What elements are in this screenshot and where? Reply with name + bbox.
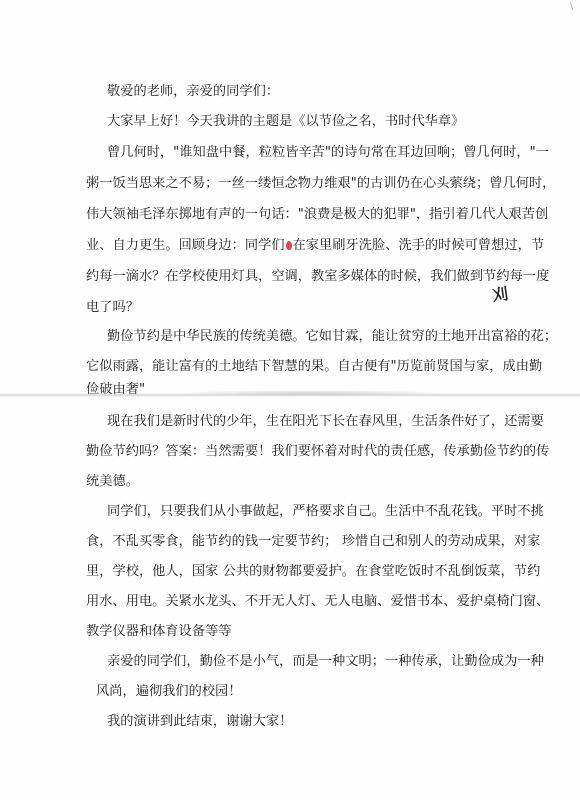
scanned-page: 敬爱的老师，亲爱的同学们： 大家早上好！今天我讲的主题是《以节俭之名，书时代华章… xyxy=(0,0,580,800)
salutation: 敬爱的老师，亲爱的同学们： xyxy=(107,80,279,99)
paragraph-1-line-2: 粥一饭当思来之不易；一丝一缕恒念物力维艰"的古训仍在心头萦绕；曾几何时， xyxy=(86,172,555,191)
scan-artifact xyxy=(570,2,574,10)
paragraph-5-line-1: 亲爱的同学们，勤俭不是小气，而是一种文明；一种传承，让勤俭成为一种 xyxy=(107,650,544,669)
paragraph-2-line-2: 它似雨露，能让富有的土地结下智慧的果。自古便有"历览前贤国与家，成由勤 xyxy=(86,355,542,374)
paragraph-5-line-2: 风尚，遍彻我们的校园！ xyxy=(96,680,242,699)
greeting-title: 大家早上好！今天我讲的主题是《以节俭之名，书时代华章》 xyxy=(107,110,464,129)
paragraph-3-line-2: 勤俭节约吗？答案：当然需要！我们要怀着对时代的责任感，传承勤俭节约的传 xyxy=(86,440,549,459)
paragraph-3-line-1: 现在我们是新时代的少年，生在阳光下长在春风里，生活条件好了，还需要 xyxy=(107,410,544,429)
line-4-part-a: 业、自力更生。回顾身边：同学们 xyxy=(86,238,285,253)
paragraph-1-line-1: 曾几何时，"谁知盘中餐，粒粒皆辛苦"的诗句常在耳边回响；曾几何时，"一 xyxy=(107,141,549,160)
paragraph-1-line-6: 电了吗？ xyxy=(86,296,139,315)
paragraph-4-line-5: 教学仪器和体育设备等等 xyxy=(86,620,232,639)
red-ink-mark xyxy=(286,241,292,250)
paragraph-4-line-3: 里，学校，他人，国家 公共的财物都要爱护。在食堂吃饭时不乱倒饭菜，节约 xyxy=(86,560,540,579)
paragraph-1-line-3: 伟大领袖毛泽东掷地有声的一句话："浪费是极大的犯罪"，指引着几代人艰苦创 xyxy=(86,203,548,222)
handwritten-margin-mark: 刈 xyxy=(490,281,509,306)
paragraph-2-line-1: 勤俭节约是中华民族的传统美德。它如甘霖，能让贫穷的土地开出富裕的花； xyxy=(107,325,557,344)
closing-line: 我的演讲到此结束，谢谢大家！ xyxy=(107,710,292,729)
paragraph-4-line-1: 同学们，只要我们从小事做起，严格要求自己。生活中不乱花钱。平时不挑 xyxy=(107,500,544,519)
paragraph-4-line-4: 用水、用电。关紧水龙头、不开无人灯、无人电脑、爱惜书本、爱护桌椅门窗、 xyxy=(86,590,549,609)
paragraph-1-line-5: 约每一滴水？在学校使用灯具，空调，教室多媒体的时候，我们做到节约每一度 xyxy=(86,265,549,284)
paragraph-4-line-2: 食，不乱买零食，能节约的钱一定要节约； 珍惜自己和别人的劳动成果，对家 xyxy=(86,530,540,549)
paragraph-1-line-4: 业、自力更生。回顾身边：同学们在家里刷牙洗脸、洗手的时候可曾想过，节 xyxy=(86,234,544,253)
line-4-part-b: 在家里刷牙洗脸、洗手的时候可曾想过，节 xyxy=(293,238,545,253)
paper-fold-shadow xyxy=(180,390,440,396)
paragraph-3-line-3: 统美德。 xyxy=(86,470,139,489)
